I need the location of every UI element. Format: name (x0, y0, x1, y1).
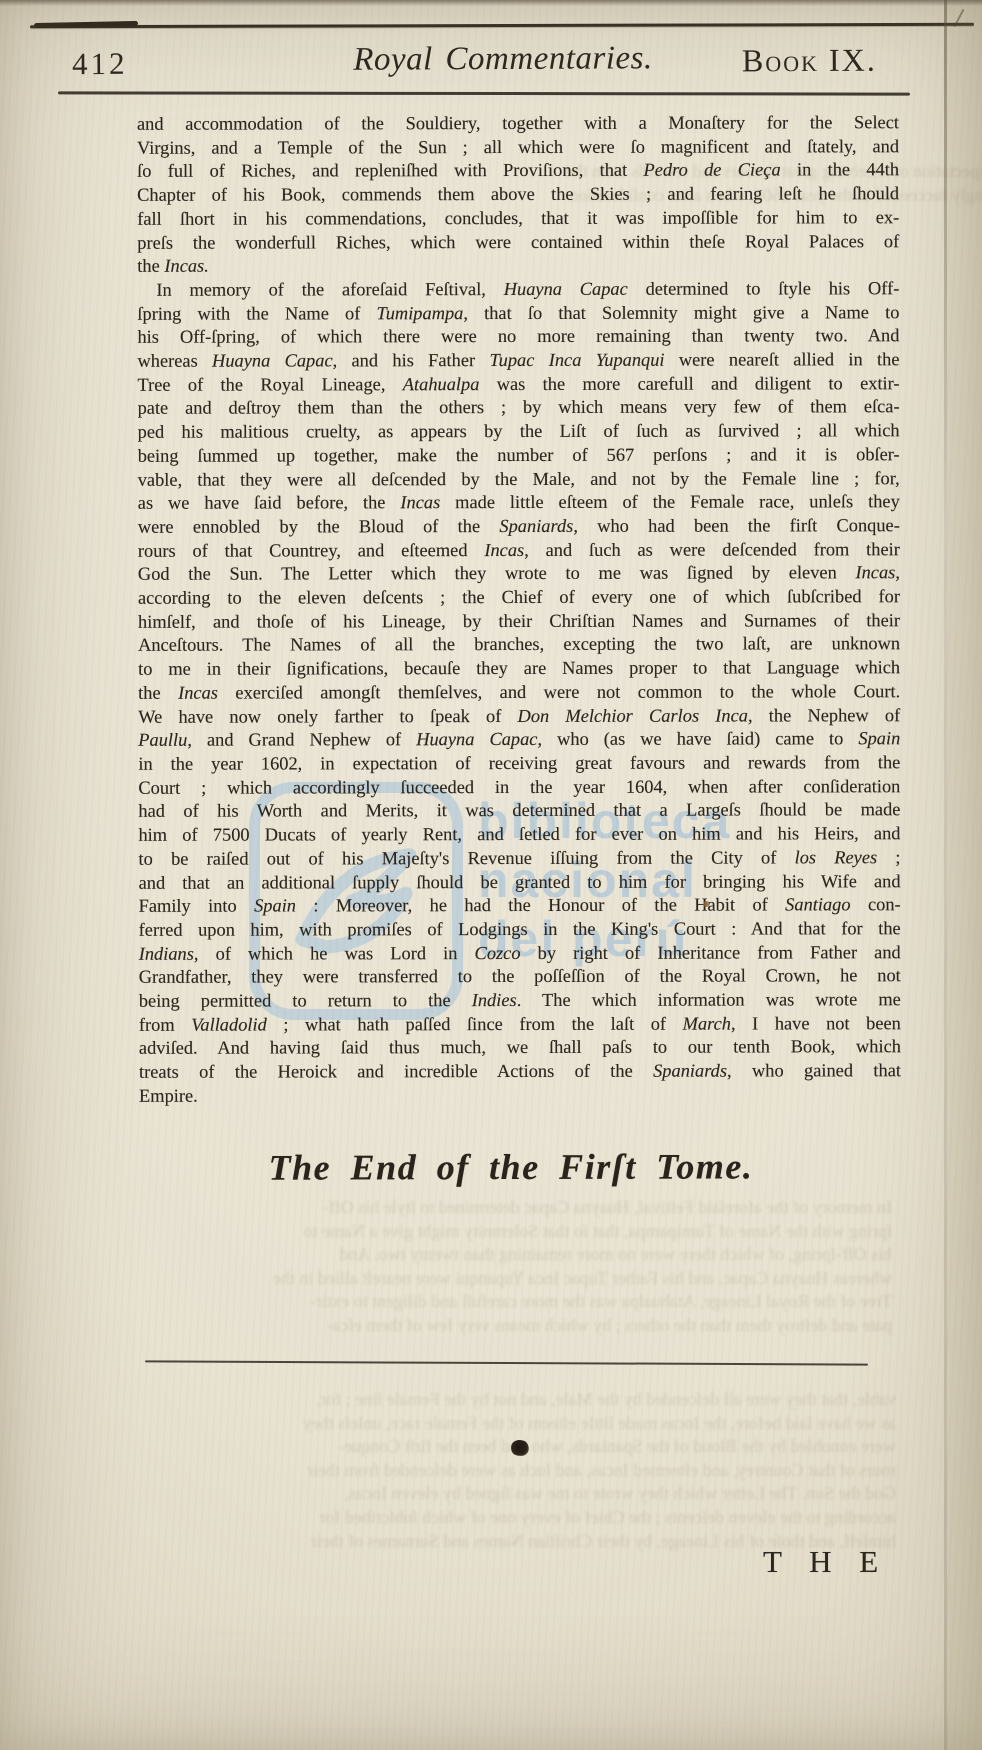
text-line: God the Sun. The Letter which they wrote… (138, 562, 900, 587)
text-line: We have now onely farther to ſpeak of Do… (138, 704, 900, 729)
text-line: Grandfather, they were transferred to th… (139, 965, 901, 990)
text-line: the Incas. (137, 253, 899, 278)
text-line: preſs the wonderfull Riches, which were … (137, 230, 899, 255)
text-line: his Off-ſpring, of which there were no m… (137, 325, 899, 350)
text-line: Court ; which accordingly ſucceeded in t… (138, 775, 900, 800)
text-line: himſelf, and thoſe of his Lineage, by th… (138, 609, 900, 634)
ink-blot (509, 1438, 531, 1458)
bottom-rule (145, 1360, 868, 1365)
text-line: Virgins, and a Temple of the Sun ; all w… (137, 135, 899, 160)
text-line: Tree of the Royal Lineage, Atahualpa was… (138, 372, 900, 397)
text-line: Anceſtours. The Names of all the branche… (138, 633, 900, 658)
text-line: and that an additional ſupply ſhould be … (139, 870, 901, 895)
text-line: were ennobled by the Bloud of the Spania… (138, 514, 900, 539)
scan-top-edge-shadow (0, 0, 982, 6)
text-line: ſpring with the Name of Tumipampa, that … (137, 301, 899, 326)
verso-bleedthrough: vable, that they were all deſcended by t… (116, 1388, 896, 1553)
verso-bleedthrough: In memory of the aforeſaid Feſtival, Hua… (112, 1196, 892, 1338)
catchword: T H E (763, 1544, 888, 1580)
text-line: Empire. (139, 1083, 901, 1108)
text-line: ſo full of Riches, and repleniſhed with … (137, 159, 899, 184)
text-line: as we have ſaid before, the Incas made l… (138, 490, 900, 515)
text-line: had of his Worth and Merits, it was dete… (138, 799, 900, 824)
page-number: 412 (72, 46, 128, 82)
text-line: fall ſhort in his commendations, conclud… (137, 206, 899, 231)
text-line: ped his malitious cruelty, as appears by… (138, 419, 900, 444)
text-line: Paullu, and Grand Nephew of Huayna Capac… (138, 727, 900, 752)
text-line: vable, that they were all deſcended by t… (138, 467, 900, 492)
page-right-edge-tint (947, 0, 982, 1750)
text-line: In memory of the aforeſaid Feſtival, Hua… (137, 277, 899, 302)
paragraph: and accommodation of the Souldiery, toge… (137, 111, 899, 279)
page-right-edge-line (944, 0, 947, 1750)
text-line: Family into Spain : Moreover, he had the… (139, 893, 901, 918)
text-line: whereas Huayna Capac, and his Father Tup… (137, 348, 899, 373)
top-rule (30, 23, 974, 28)
text-line: the Incas exerciſed amongſt themſelves, … (138, 680, 900, 705)
text-line: being permitted to return to the Indies.… (139, 988, 901, 1013)
text-line: to me in their ſignifications, becauſe t… (138, 656, 900, 681)
rust-speck (703, 901, 710, 907)
text-line: Chapter of his Book, commends them above… (137, 182, 899, 207)
text-line: adviſed. And having ſaid thus much, we ſ… (139, 1036, 901, 1061)
text-line: him of 7500 Ducats of yearly Rent, and ſ… (138, 822, 900, 847)
text-line: ferred upon him, with promiſes of Lodgin… (139, 917, 901, 942)
text-line: pate and deſtroy them than the others ; … (138, 396, 900, 421)
header-rule (58, 91, 910, 95)
text-line: to be raiſed out of his Majeſty's Revenu… (138, 846, 900, 871)
page: biblioteca nacional del perú 412 Royal C… (0, 0, 982, 1750)
text-line: according to the eleven deſcents ; the C… (138, 585, 900, 610)
text-line: rours of that Countrey, and eſteemed Inc… (138, 538, 900, 563)
book-label: Book IX. (742, 42, 877, 80)
text-line: treats of the Heroick and incredible Act… (139, 1059, 901, 1084)
paragraph: In memory of the aforeſaid Feſtival, Hua… (137, 277, 901, 1108)
body-text: and accommodation of the Souldiery, toge… (137, 111, 901, 1108)
text-line: being ſummed up together, make the numbe… (138, 443, 900, 468)
text-line: from Valladolid ; what hath paſſed ſince… (139, 1012, 901, 1037)
end-of-tome-note: The End of the Firſt Tome. (130, 1145, 892, 1189)
text-line: and accommodation of the Souldiery, toge… (137, 111, 899, 136)
text-line: in the year 1602, in expectation of rece… (138, 751, 900, 776)
text-line: Indians, of which he was Lord in Cozco b… (139, 941, 901, 966)
